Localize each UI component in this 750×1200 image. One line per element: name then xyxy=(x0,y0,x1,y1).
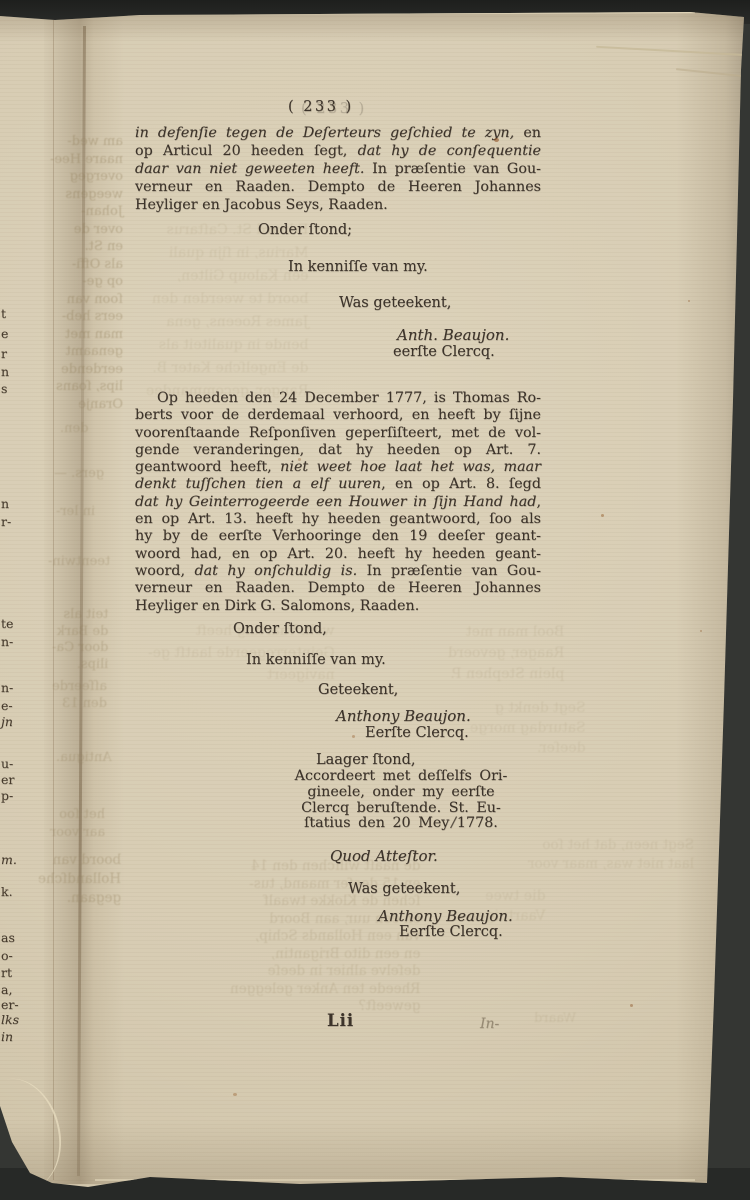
onder-stond-line-2: Onder ſtond, xyxy=(233,621,327,638)
signature-title-2: Eerſte Clercq. xyxy=(365,725,469,742)
bottom-edge-shadow xyxy=(0,1120,750,1184)
foxing-speck xyxy=(298,458,301,461)
foxing-speck xyxy=(494,138,499,142)
main-paragraph: Op heeden den 24 December 1777, is Thoma… xyxy=(135,390,541,615)
onder-stond-line-1: Onder ſtond; xyxy=(258,222,352,239)
right-edge-shadow xyxy=(676,12,746,1187)
foxing-speck xyxy=(688,300,690,302)
foxing-speck xyxy=(352,735,355,738)
signature-title-1: eerſte Clercq. xyxy=(393,344,495,361)
page-number-ghost: ( 233 ) xyxy=(301,101,367,118)
paragraph-continuation: in defenſie tegen de Deſerteurs geſchied… xyxy=(135,124,541,214)
foxing-speck xyxy=(233,1093,237,1096)
in-kennisse-line-1: In kenniſſe van my. xyxy=(288,259,428,276)
foxing-speck xyxy=(630,1004,633,1007)
book-page: am wed-naare Hee-overgegweegensJohan-ove… xyxy=(0,0,750,1200)
geteekent-line-2: Geteekent, xyxy=(318,682,398,699)
signature-mark: Lii xyxy=(327,1012,354,1029)
quod-attestor-line: Quod Atteſtor. xyxy=(330,848,438,865)
book-scan: am wed-naare Hee-overgegweegensJohan-ove… xyxy=(0,0,750,1200)
catchword: In- xyxy=(480,1016,499,1033)
signature-anth-beaujon: Anth. Beaujon. xyxy=(397,327,509,344)
in-kennisse-line-2: In kenniſſe van my. xyxy=(246,652,386,669)
foxing-speck xyxy=(700,630,702,632)
signature-title-3: Eerſte Clercq. xyxy=(399,924,503,941)
foxing-speck xyxy=(601,514,604,517)
attestation-block: Accordeert met deſſelfs Ori-gineele, ond… xyxy=(280,769,522,832)
signature-anthony-beaujon-2: Anthony Beaujon. xyxy=(378,908,513,925)
was-geteekent-line-1: Was geteekent, xyxy=(339,295,451,312)
was-geteekent-line-2: Was geteekent, xyxy=(348,881,460,898)
laager-stond-line: Laager ſtond, xyxy=(316,752,415,769)
signature-anthony-beaujon-1: Anthony Beaujon. xyxy=(336,708,471,725)
